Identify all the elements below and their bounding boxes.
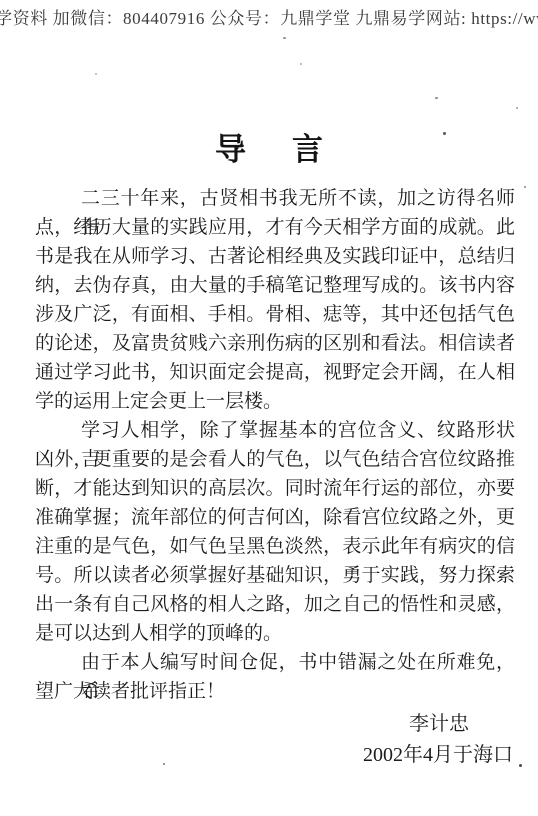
scan-speck — [95, 73, 97, 75]
title-char-right: 言 — [292, 124, 323, 169]
page-title: 导 言 — [0, 124, 538, 169]
text-line: 望广大读者批评指正！ — [35, 677, 515, 706]
text-line: 学的运用上定会更上一层楼。 — [35, 387, 515, 416]
text-line: 涉及广泛，有面相、手相。骨相、痣等，其中还包括气色 — [35, 300, 515, 329]
text-line: 由于本人编写时间仓促，书中错漏之处在所难免，希 — [35, 648, 515, 677]
scan-speck — [283, 37, 286, 39]
text-line: 二三十年来，古贤相书我无所不读，加之访得名师指 — [35, 184, 515, 213]
signature-author: 李计忠 — [35, 710, 515, 738]
text-line: 出一条有自己风格的相人之路，加之自己的悟性和灵感， — [35, 590, 515, 619]
text-line: 断，才能达到知识的高层次。同时流年行运的部位，亦要 — [35, 474, 515, 503]
signature-dateline: 2002年4月于海口 — [35, 741, 515, 769]
book-page: 学资料 加微信：804407916 公众号：九鼎学堂 九鼎易学网站: https… — [0, 0, 538, 816]
text-line: 是可以达到人相学的顶峰的。 — [35, 619, 515, 648]
text-line: 号。所以读者必须掌握好基础知识，勇于实践，努力探索 — [35, 561, 515, 590]
scan-speck — [524, 186, 526, 188]
text-line: 的论述，及富贵贫贱六亲刑伤病的区别和看法。相信读者 — [35, 329, 515, 358]
scan-speck — [300, 63, 302, 65]
text-line: 点，经历大量的实践应用，才有今天相学方面的成就。此 — [35, 213, 515, 242]
scan-speck — [435, 97, 438, 99]
title-char-left: 导 — [215, 124, 246, 169]
scan-speck — [516, 107, 518, 109]
preface-body: 二三十年来，古贤相书我无所不读，加之访得名师指 点，经历大量的实践应用，才有今天… — [35, 184, 515, 769]
text-line: 纳，去伪存真，由大量的手稿笔记整理写成的。该书内容 — [35, 271, 515, 300]
text-line: 凶外，更重要的是会看人的气色，以气色结合宫位纹路推 — [35, 445, 515, 474]
scan-speck — [519, 764, 522, 767]
watermark-header: 学资料 加微信：804407916 公众号：九鼎学堂 九鼎易学网站: https… — [0, 4, 538, 29]
text-line: 书是我在从师学习、古著论相经典及实践印证中，总结归 — [35, 242, 515, 271]
text-line: 学习人相学，除了掌握基本的宫位含义、纹路形状吉 — [35, 416, 515, 445]
text-line: 通过学习此书，知识面定会提高，视野定会开阔，在人相 — [35, 358, 515, 387]
text-line: 准确掌握；流年部位的何吉何凶，除看宫位纹路之外，更 — [35, 503, 515, 532]
text-line: 注重的是气色，如气色呈黑色淡然，表示此年有病灾的信 — [35, 532, 515, 561]
